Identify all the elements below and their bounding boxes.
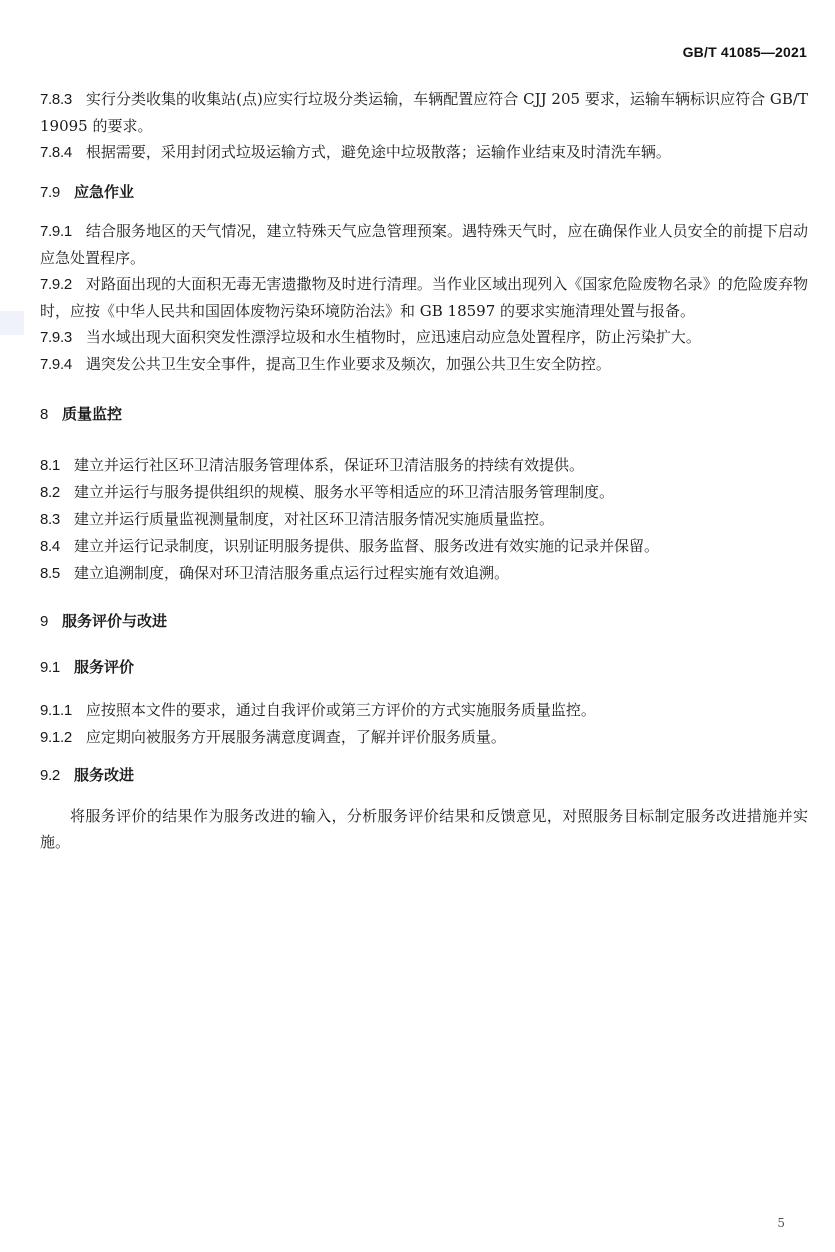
heading-number: 7.9 [40, 180, 60, 206]
clause-text: 建立并运行质量监视测量制度，对社区环卫清洁服务情况实施质量监控。 [74, 510, 554, 528]
clause-7-9-4: 7.9.4遇突发公共卫生安全事件，提高卫生作业要求及频次，加强公共卫生安全防控。 [40, 351, 808, 378]
clause-number: 7.8.3 [40, 87, 72, 113]
clause-text: 遇突发公共卫生安全事件，提高卫生作业要求及频次，加强公共卫生安全防控。 [86, 355, 611, 373]
clause-text: 实行分类收集的收集站(点)应实行垃圾分类运输，车辆配置应符合 CJJ 205 要… [40, 90, 808, 135]
clause-text: 对路面出现的大面积无毒无害遗撒物及时进行清理。当作业区域出现列入《国家危险废物名… [40, 275, 808, 320]
clause-9-1-1: 9.1.1应按照本文件的要求，通过自我评价或第三方评价的方式实施服务质量监控。 [40, 697, 808, 724]
heading-number: 9.2 [40, 763, 60, 789]
paragraph-9-2: 将服务评价的结果作为服务改进的输入，分析服务评价结果和反馈意见，对照服务目标制定… [40, 803, 808, 855]
clause-number: 9.1.1 [40, 698, 72, 724]
clause-number: 7.9.4 [40, 352, 72, 378]
clause-7-8-4: 7.8.4根据需要，采用封闭式垃圾运输方式，避免途中垃圾散落；运输作业结束及时清… [40, 139, 808, 166]
heading-7-9: 7.9应急作业 [40, 180, 808, 206]
heading-title: 质量监控 [62, 406, 122, 423]
clause-8-2: 8.2建立并运行与服务提供组织的规模、服务水平等相适应的环卫清洁服务管理制度。 [40, 479, 808, 506]
clause-7-9-3: 7.9.3当水域出现大面积突发性漂浮垃圾和水生植物时，应迅速启动应急处置程序，防… [40, 324, 808, 351]
clause-text: 应按照本文件的要求，通过自我评价或第三方评价的方式实施服务质量监控。 [86, 701, 596, 719]
clause-8-3: 8.3建立并运行质量监视测量制度，对社区环卫清洁服务情况实施质量监控。 [40, 506, 808, 533]
clause-text: 根据需要，采用封闭式垃圾运输方式，避免途中垃圾散落；运输作业结束及时清洗车辆。 [86, 143, 671, 161]
clause-text: 应定期向被服务方开展服务满意度调查，了解并评价服务质量。 [86, 728, 506, 746]
clause-text: 建立并运行社区环卫清洁服务管理体系，保证环卫清洁服务的持续有效提供。 [74, 456, 584, 474]
page-number: 5 [777, 1216, 785, 1230]
heading-title: 服务评价 [74, 659, 134, 676]
clause-number: 8.2 [40, 480, 60, 506]
clause-text: 建立并运行与服务提供组织的规模、服务水平等相适应的环卫清洁服务管理制度。 [74, 483, 614, 501]
clause-7-9-1: 7.9.1结合服务地区的天气情况，建立特殊天气应急管理预案。遇特殊天气时，应在确… [40, 218, 808, 271]
clause-number: 7.8.4 [40, 140, 72, 166]
document-body: 7.8.3实行分类收集的收集站(点)应实行垃圾分类运输，车辆配置应符合 CJJ … [40, 86, 808, 855]
clause-number: 9.1.2 [40, 725, 72, 751]
heading-title: 服务改进 [74, 767, 134, 784]
watermark-logo [0, 311, 24, 335]
heading-9-2: 9.2服务改进 [40, 763, 808, 789]
clause-text: 结合服务地区的天气情况，建立特殊天气应急管理预案。遇特殊天气时，应在确保作业人员… [40, 222, 808, 267]
clause-number: 8.3 [40, 507, 60, 533]
heading-9: 9服务评价与改进 [40, 609, 808, 635]
clause-number: 8.4 [40, 534, 60, 560]
clause-8-4: 8.4建立并运行记录制度，识别证明服务提供、服务监督、服务改进有效实施的记录并保… [40, 533, 808, 560]
clause-number: 8.5 [40, 561, 60, 587]
heading-number: 8 [40, 402, 48, 428]
heading-title: 应急作业 [74, 184, 134, 201]
heading-number: 9.1 [40, 655, 60, 681]
standard-id: GB/T 41085—2021 [683, 44, 807, 60]
clause-number: 8.1 [40, 453, 60, 479]
heading-9-1: 9.1服务评价 [40, 655, 808, 681]
clause-text: 建立追溯制度，确保对环卫清洁服务重点运行过程实施有效追溯。 [74, 564, 509, 582]
heading-8: 8质量监控 [40, 402, 808, 428]
clause-number: 7.9.1 [40, 219, 72, 245]
clause-7-8-3: 7.8.3实行分类收集的收集站(点)应实行垃圾分类运输，车辆配置应符合 CJJ … [40, 86, 808, 139]
clause-8-1: 8.1建立并运行社区环卫清洁服务管理体系，保证环卫清洁服务的持续有效提供。 [40, 452, 808, 479]
clause-8-5: 8.5建立追溯制度，确保对环卫清洁服务重点运行过程实施有效追溯。 [40, 560, 808, 587]
clause-text: 当水域出现大面积突发性漂浮垃圾和水生植物时，应迅速启动应急处置程序，防止污染扩大… [86, 328, 701, 346]
heading-title: 服务评价与改进 [62, 613, 167, 630]
clause-7-9-2: 7.9.2对路面出现的大面积无毒无害遗撒物及时进行清理。当作业区域出现列入《国家… [40, 271, 808, 324]
clause-9-1-2: 9.1.2应定期向被服务方开展服务满意度调查，了解并评价服务质量。 [40, 724, 808, 751]
clause-number: 7.9.3 [40, 325, 72, 351]
heading-number: 9 [40, 609, 48, 635]
clause-text: 建立并运行记录制度，识别证明服务提供、服务监督、服务改进有效实施的记录并保留。 [74, 537, 659, 555]
clause-number: 7.9.2 [40, 272, 72, 298]
